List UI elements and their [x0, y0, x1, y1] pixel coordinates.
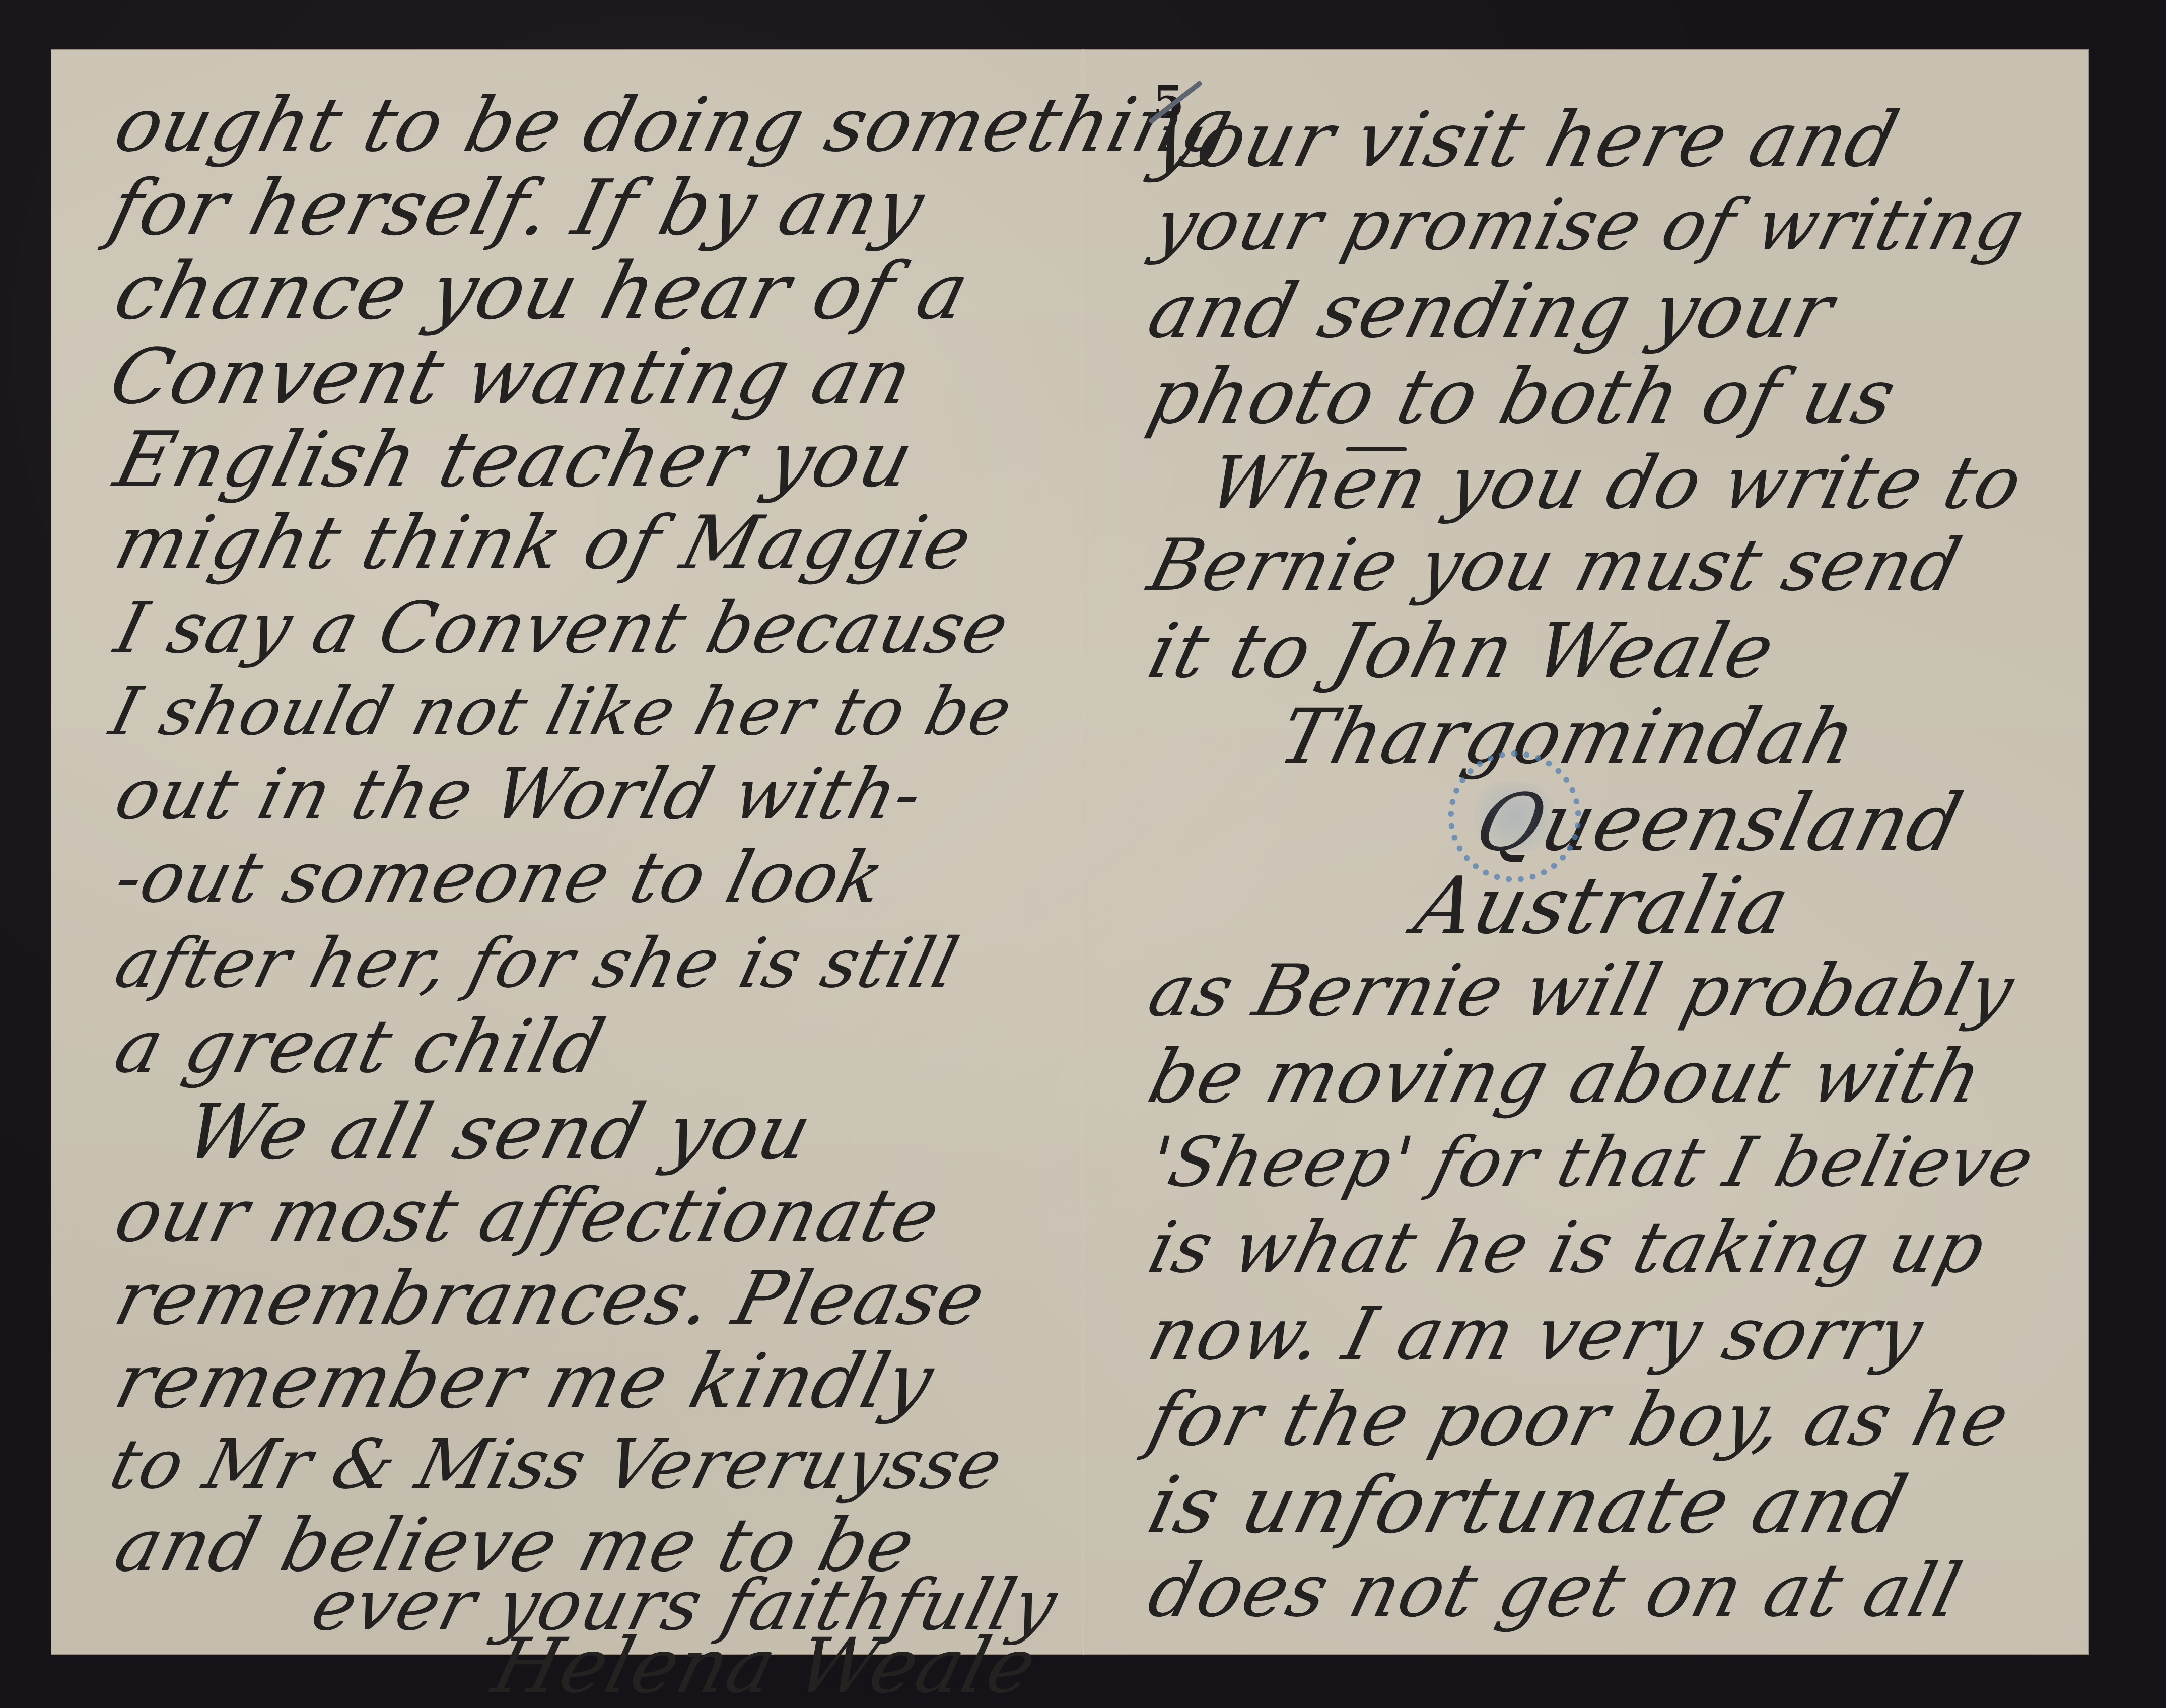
letter-line: your visit here and: [1145, 95, 1908, 185]
letter-line: Bernie you must send: [1140, 520, 1971, 611]
address-town: Thargomindah: [1271, 692, 1866, 782]
letter-line: -out someone to look: [106, 833, 894, 923]
letter-line: I say a Convent because: [106, 583, 1018, 674]
letter-line: for herself. If by any: [101, 163, 934, 253]
letter-line: remember me kindly: [106, 1336, 943, 1427]
stamp-emblem: [1474, 782, 1555, 852]
address-country: Australia: [1407, 860, 1799, 951]
letter-line: 'Sheep' for that I believe: [1140, 1117, 2044, 1208]
letter-line: I should not like her to be: [101, 666, 1022, 757]
letter-line: ought to be doing something: [106, 80, 1243, 170]
archive-stamp: [1448, 750, 1581, 882]
right-page: 5 your visit here and your promise of wr…: [1084, 49, 2089, 1655]
letter-line: Convent wanting an: [101, 331, 922, 422]
letter-line: When you do write to: [1200, 437, 2032, 528]
letter-line: now. I am very sorry: [1140, 1288, 1933, 1379]
left-page: ought to be doing something for herself.…: [51, 49, 1083, 1655]
letter-line: might think of Maggie: [106, 498, 982, 588]
letter-line: English teacher you: [106, 415, 923, 505]
letter-line: our most affectionate: [106, 1170, 949, 1261]
letter-line: after her, for she is still: [106, 918, 968, 1009]
letter-line: chance you hear of a: [106, 246, 979, 336]
letter-line: does not get on at all: [1140, 1545, 1971, 1636]
letter-line: it to John Weale: [1140, 606, 1784, 697]
letter-line: a great child: [106, 1001, 614, 1092]
letter-line: for the poor boy, as he: [1140, 1374, 2019, 1465]
letter-line: is what he is taking up: [1140, 1203, 1995, 1293]
letter-line: as Bernie will probably: [1140, 946, 2023, 1037]
letter-line: your promise of writing: [1145, 180, 2034, 271]
letter-line: We all send you: [177, 1087, 821, 1178]
letter-line: remembrances. Please: [106, 1253, 995, 1344]
letter-sheet: ought to be doing something for herself.…: [51, 49, 2089, 1655]
letter-line: and sending your: [1140, 266, 1843, 357]
letter-line: photo to both of us: [1140, 352, 1905, 442]
signature: Helena Weale: [484, 1621, 1046, 1708]
letter-line: is unfortunate and: [1140, 1460, 1916, 1550]
letter-line: to Mr & Miss Vereruysse: [101, 1419, 1012, 1510]
letter-line: be moving about with: [1140, 1032, 1992, 1122]
letter-line: out in the World with-: [106, 749, 932, 840]
